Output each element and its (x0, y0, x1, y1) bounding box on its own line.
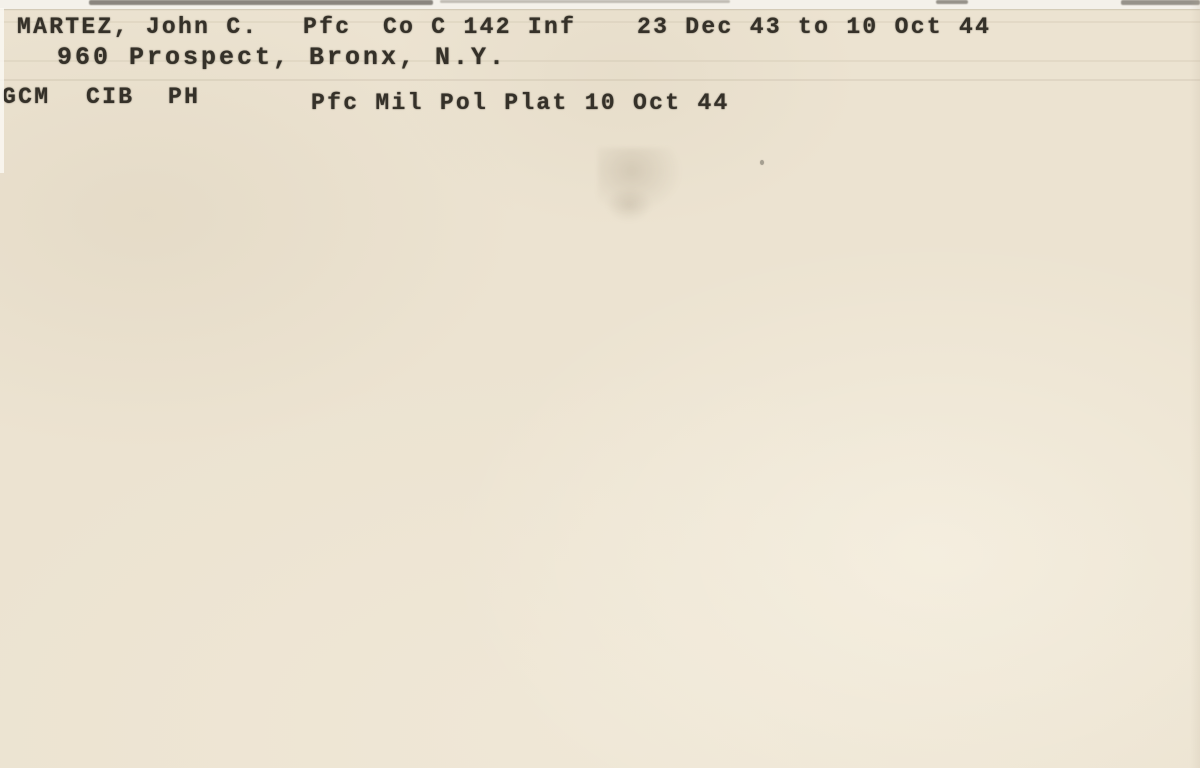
paper-edge-shade (1190, 0, 1200, 768)
reassignment-note: Pfc Mil Pol Plat 10 Oct 44 (311, 88, 730, 118)
scanner-edge-mark (440, 0, 730, 3)
service-dates: 23 Dec 43 to 10 Oct 44 (637, 12, 991, 42)
scanner-edge-mark (936, 0, 968, 4)
award-gcm: GCM (2, 82, 50, 112)
soldier-name: MARTEZ, John C. (17, 12, 259, 42)
paper-speck (760, 160, 764, 165)
home-address: 960 Prospect, Bronx, N.Y. (57, 43, 507, 73)
scan-streak (0, 79, 1200, 81)
scanner-edge-sliver (0, 8, 4, 173)
ink-bleed-smudge (598, 148, 682, 214)
soldier-rank: Pfc (303, 12, 351, 42)
award-cib: CIB (86, 82, 134, 112)
scanned-index-card: MARTEZ, John C. Pfc Co C 142 Inf 23 Dec … (0, 0, 1200, 768)
soldier-unit: Co C 142 Inf (383, 12, 576, 42)
scanner-edge-mark (89, 0, 433, 5)
award-ph: PH (168, 82, 200, 112)
scanner-edge (0, 0, 1200, 9)
ink-bleed-smudge (606, 188, 652, 222)
scanner-edge-mark (1121, 0, 1200, 5)
